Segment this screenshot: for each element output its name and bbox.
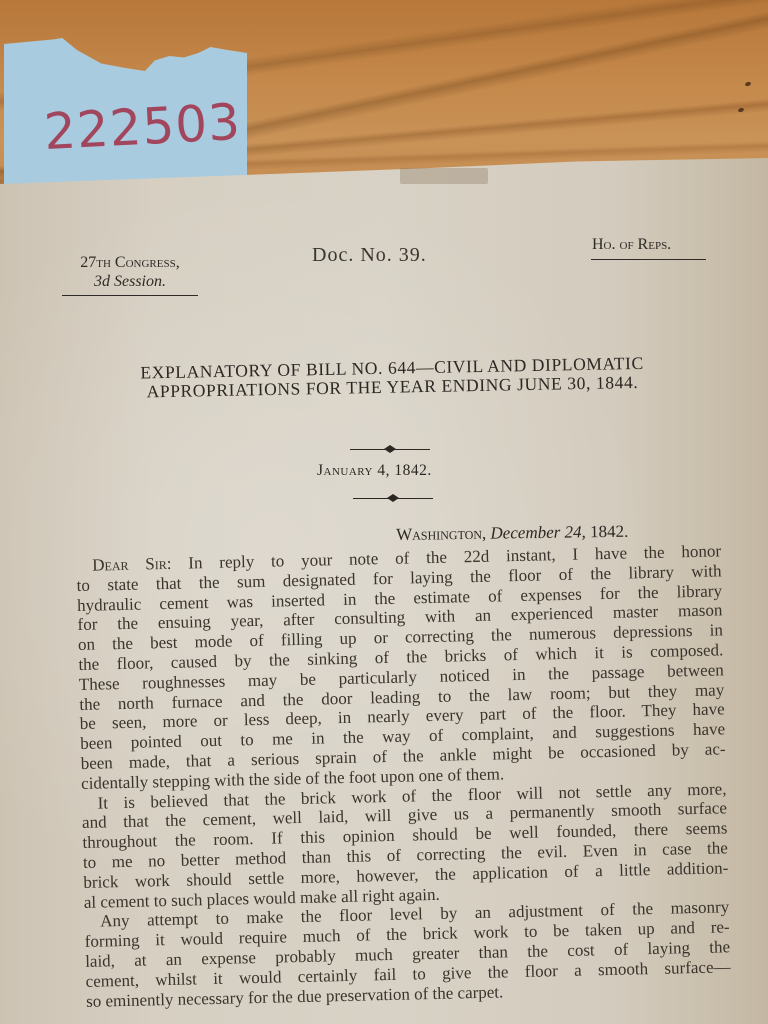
congress-session-header: 27th Congress, 3d Session. [62, 254, 198, 291]
congress-label: 27th Congress, [62, 254, 198, 272]
page-stain [400, 168, 488, 184]
session-label: 3d Session. [62, 273, 198, 291]
ornament-divider-top [350, 445, 430, 453]
wood-knot [737, 107, 744, 113]
house-label: Ho. of Reps. [592, 236, 671, 254]
ornament-divider-bottom [353, 494, 433, 502]
salutation: Dear Sir: [92, 554, 172, 575]
dateline-place: Washington, [396, 524, 486, 544]
wood-knot [744, 81, 751, 87]
document-number: Doc. No. 39. [312, 244, 427, 267]
header-rule-left [62, 295, 198, 296]
dateline-year: 1842. [590, 522, 629, 542]
header-rule-right [591, 259, 706, 260]
catalog-number: 222503 [43, 93, 243, 161]
dateline-month-day: December 24, [490, 522, 586, 542]
document-date: January 4, 1842. [317, 462, 432, 480]
letter-body: Dear Sir: In reply to your note of the 2… [76, 541, 736, 1011]
letter-dateline: Washington, December 24, 1842. [396, 522, 628, 545]
